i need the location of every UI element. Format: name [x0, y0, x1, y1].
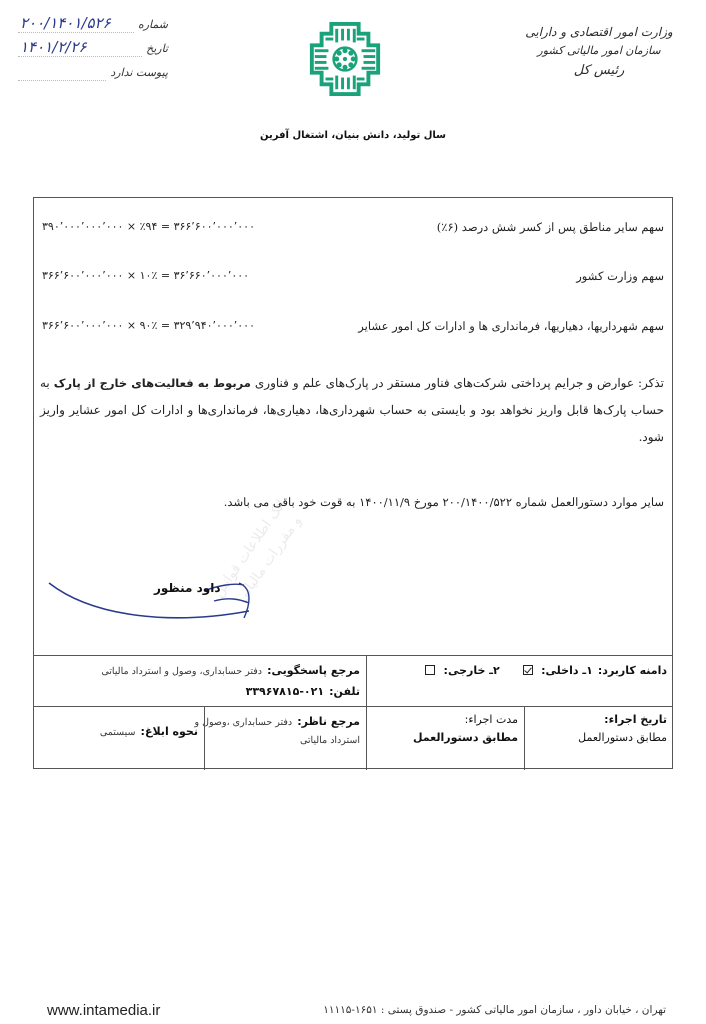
reminder-note: تذکر: عوارض و جرایم پرداختی شرکت‌های فنا… — [40, 370, 664, 451]
letter-number-label: شماره — [138, 18, 168, 31]
observer-cell: مرجع ناظر: دفتر حسابداری ،وصول و استرداد… — [205, 707, 367, 770]
phone-value: ۰۲۱-۳۳۹۶۷۸۱۵ — [246, 685, 324, 698]
signature-icon — [44, 563, 284, 633]
execution-date-value: مطابق دستورالعمل — [531, 729, 667, 747]
calc-row-interior-ministry: سهم وزارت کشور ۳۶۶٬۶۰۰٬۰۰۰٬۰۰۰ × ۱۰٪ = ۳… — [34, 269, 672, 293]
observer-value-line2: استرداد مالیاتی — [211, 732, 360, 750]
info-table-row-1: دامنه کاربرد: ۱ـ داخلی: ۲ـ خارجی: مرجع پ… — [33, 656, 673, 707]
execution-duration-label: مدت اجراء: — [373, 711, 518, 729]
internal-option-label: ۱ـ داخلی: — [541, 664, 593, 677]
organization-title: وزارت امور اقتصادی و دارایی سازمان امور … — [514, 22, 684, 82]
execution-date-cell: تاریخ اجراء: مطابق دستورالعمل — [525, 707, 673, 770]
calc-formula: ۳۶۶٬۶۰۰٬۰۰۰٬۰۰۰ × ۱۰٪ = ۳۶٬۶۶۰٬۰۰۰٬۰۰۰ — [42, 269, 249, 282]
letter-date-label: تاریخ — [146, 42, 168, 55]
calc-row-other-regions: سهم سایر مناطق پس از کسر شش درصد (۶٪) ۳۹… — [34, 220, 672, 244]
ministry-name: وزارت امور اقتصادی و دارایی — [514, 22, 684, 42]
calc-row-municipalities: سهم شهرداریها، دهیاریها، فرمانداری ها و … — [34, 319, 672, 343]
sender-title: رئیس کل — [514, 60, 684, 82]
info-table: دامنه کاربرد: ۱ـ داخلی: ۲ـ خارجی: مرجع پ… — [33, 655, 673, 770]
execution-duration-value: مطابق دستورالعمل — [373, 729, 518, 747]
note-bold-text: مربوط به فعالیت‌های خارج از پارک — [54, 376, 251, 390]
postal-address: تهران ، خیابان داور ، سازمان امور مالیات… — [323, 1004, 666, 1016]
usage-domain-label: دامنه کاربرد: — [598, 664, 667, 677]
letter-meta: شماره ۲۰۰/۱۴۰۱/۵۲۶ تاریخ ۱۴۰۱/۲/۲۶ پیوست… — [18, 14, 168, 86]
attachment-line: . — [18, 62, 106, 81]
info-table-row-2: تاریخ اجراء: مطابق دستورالعمل مدت اجراء:… — [33, 707, 673, 770]
external-checkbox[interactable] — [425, 665, 435, 675]
website-link[interactable]: www.intamedia.ir — [47, 1002, 160, 1019]
signer-name: داود منظور — [154, 581, 221, 595]
letter-date-value: ۱۴۰۱/۲/۲۶ — [18, 38, 142, 57]
notification-method-cell: نحوه ابلاغ: سیستمی — [33, 707, 205, 770]
letter-number-value: ۲۰۰/۱۴۰۱/۵۲۶ — [18, 14, 134, 33]
organization-name: سازمان امور مالیاتی کشور — [514, 42, 684, 60]
calc-formula: ۳۹۰٬۰۰۰٬۰۰۰٬۰۰۰ × ٪۹۴ = ۳۶۶٬۶۰۰٬۰۰۰٬۰۰۰ — [42, 220, 255, 233]
calc-label: سهم سایر مناطق پس از کسر شش درصد (۶٪) — [437, 220, 664, 234]
notification-method-label: نحوه ابلاغ: — [141, 725, 198, 738]
responder-label: مرجع پاسخگویی: — [267, 664, 360, 677]
note-text-part1: تذکر: عوارض و جرایم پرداختی شرکت‌های فنا… — [251, 376, 664, 390]
notification-method-value: سیستمی — [100, 727, 136, 738]
attachment-row: پیوست ندارد . — [18, 62, 168, 86]
observer-label: مرجع ناظر: — [297, 715, 360, 728]
phone-label: تلفن: — [329, 685, 360, 698]
internal-checkbox[interactable] — [523, 665, 533, 675]
responder-value: دفتر حسابداری، وصول و استرداد مالیاتی — [101, 666, 262, 677]
calc-label: سهم شهرداریها، دهیاریها، فرمانداری ها و … — [358, 319, 664, 333]
usage-domain-cell: دامنه کاربرد: ۱ـ داخلی: ۲ـ خارجی: — [367, 656, 673, 706]
letter-number-row: شماره ۲۰۰/۱۴۰۱/۵۲۶ — [18, 14, 168, 38]
other-provisions-text: سایر موارد دستورالعمل شماره ۲۰۰/۱۴۰۰/۵۲۲… — [224, 495, 664, 509]
calc-formula: ۳۶۶٬۶۰۰٬۰۰۰٬۰۰۰ × ۹۰٪ = ۳۲۹٬۹۴۰٬۰۰۰٬۰۰۰ — [42, 319, 255, 332]
letter-body-box: بانک اطلاعات قوانین و مقررات مالیاتی سهم… — [33, 197, 673, 769]
external-option-label: ۲ـ خارجی: — [444, 664, 500, 677]
responder-cell: مرجع پاسخگویی: دفتر حسابداری، وصول و است… — [33, 656, 367, 706]
execution-duration-cell: مدت اجراء: مطابق دستورالعمل — [367, 707, 525, 770]
letter-date-row: تاریخ ۱۴۰۱/۲/۲۶ — [18, 38, 168, 62]
observer-value-line1: دفتر حسابداری ،وصول و — [195, 717, 293, 728]
tax-organization-logo-icon — [306, 20, 384, 98]
execution-date-label: تاریخ اجراء: — [531, 711, 667, 729]
attachment-label: پیوست ندارد — [110, 66, 168, 79]
calc-label: سهم وزارت کشور — [576, 269, 664, 283]
year-slogan: سال تولید، دانش بنیان، اشتغال آفرین — [0, 130, 706, 141]
